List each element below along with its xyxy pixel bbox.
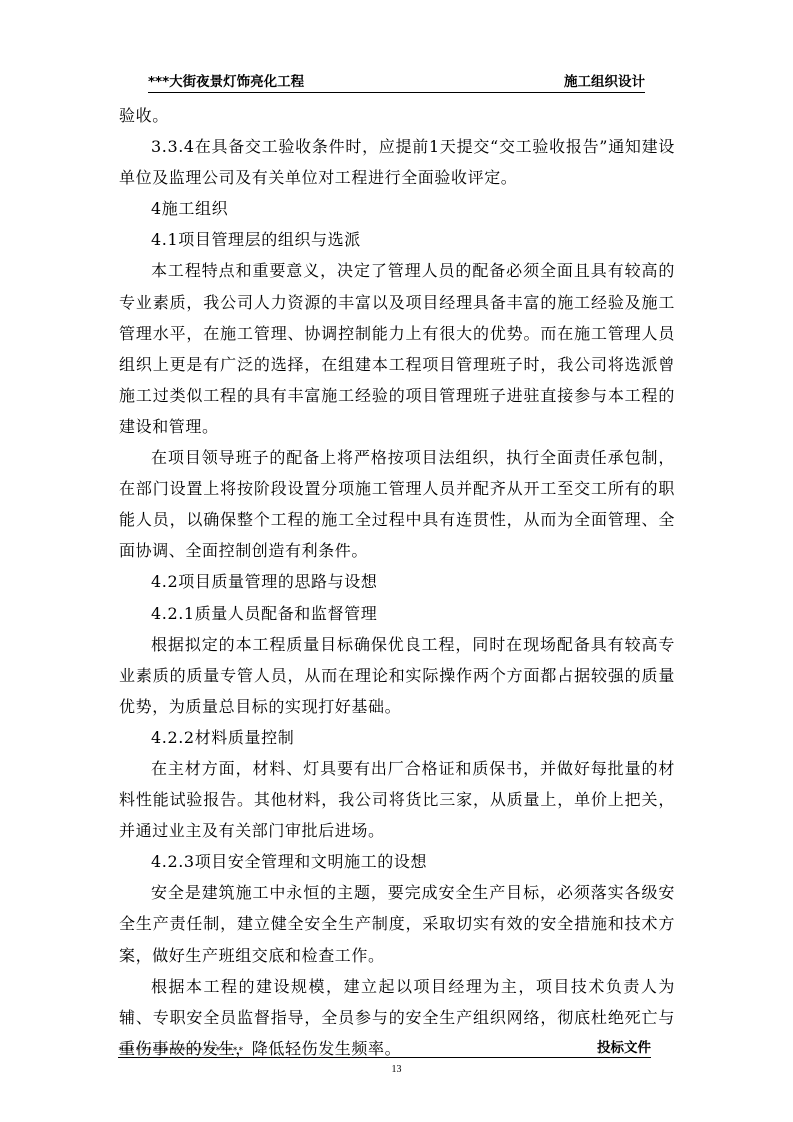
paragraph: 本工程特点和重要意义，决定了管理人员的配备必须全面且具有较高的专业素质，我公司人… <box>119 255 675 442</box>
document-body: 验收。 3.3.4在具备交工验收条件时，应提前1天提交“交工验收报告”通知建设单… <box>119 100 675 1064</box>
page-number: 13 <box>0 1064 793 1075</box>
header-project-title: ***大街夜景灯饰亮化工程 <box>148 73 304 92</box>
heading-4-2-2: 4.2.2材料质量控制 <box>119 722 675 753</box>
heading-4-2: 4.2项目质量管理的思路与设想 <box>119 566 675 597</box>
paragraph: 在主材方面，材料、灯具要有出厂合格证和质保书，并做好每批量的材料性能试验报告。其… <box>119 753 675 846</box>
paragraph: 在项目领导班子的配备上将严格按项目法组织，执行全面责任承包制，在部门设置上将按阶… <box>119 442 675 566</box>
header-document-type: 施工组织设计 <box>564 73 645 92</box>
paragraph-continuation: 验收。 <box>119 100 675 131</box>
footer-placeholder-stars: ********************** <box>118 1046 244 1057</box>
page-footer: ********************** 投标文件 <box>118 1040 651 1058</box>
heading-4-2-3: 4.2.3项目安全管理和文明施工的设想 <box>119 846 675 877</box>
paragraph: 安全是建筑施工中永恒的主题，要完成安全生产目标，必须落实各级安全生产责任制，建立… <box>119 877 675 970</box>
paragraph: 根据拟定的本工程质量目标确保优良工程，同时在现场配备具有较高专业素质的质量专管人… <box>119 629 675 722</box>
footer-document-label: 投标文件 <box>597 1036 651 1057</box>
paragraph-3-3-4: 3.3.4在具备交工验收条件时，应提前1天提交“交工验收报告”通知建设单位及监理… <box>119 131 675 193</box>
heading-4-1: 4.1项目管理层的组织与选派 <box>119 224 675 255</box>
heading-4: 4施工组织 <box>119 193 675 224</box>
heading-4-2-1: 4.2.1质量人员配备和监督管理 <box>119 598 675 629</box>
page-header: ***大街夜景灯饰亮化工程 施工组织设计 <box>148 72 645 93</box>
